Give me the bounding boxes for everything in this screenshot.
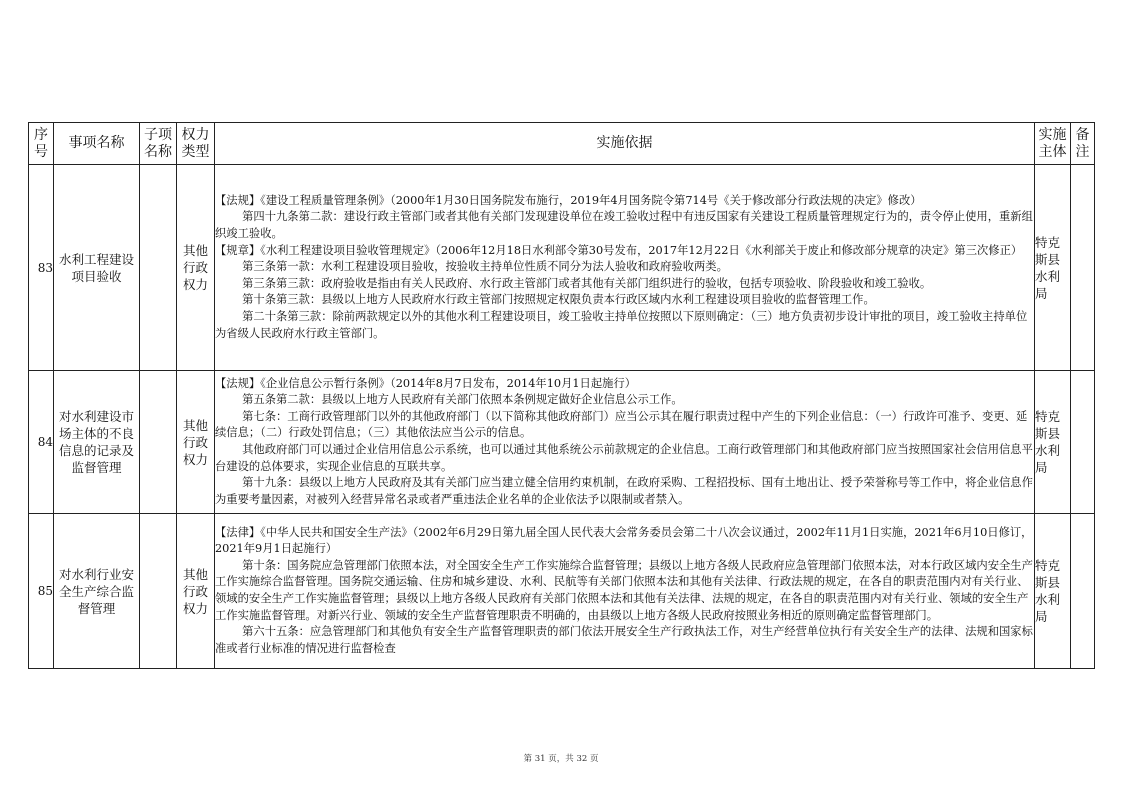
header-power-type: 权力类型 (177, 123, 215, 165)
row-remarks (1071, 514, 1095, 669)
header-basis: 实施依据 (215, 123, 1035, 165)
header-implementer: 实施主体 (1035, 123, 1071, 165)
power-list-table: 序号 事项名称 子项名称 权力类型 实施依据 实施主体 备注 83 水利工程建设… (28, 122, 1095, 669)
row-seq: 83 (29, 165, 54, 371)
row-implementer: 特克斯县水利局 (1035, 165, 1071, 371)
row-power-type: 其他行政权力 (177, 514, 215, 669)
basis-paragraph: 第五条第二款：县级以上地方人民政府有关部门依照本条例规定做好企业信息公示工作。 (215, 392, 1034, 409)
header-seq: 序号 (29, 123, 54, 165)
row-basis: 【法规】《建设工程质量管理条例》（2000年1月30日国务院发布施行，2019年… (215, 165, 1035, 371)
basis-paragraph: 第七条：工商行政管理部门以外的其他政府部门（以下简称其他政府部门）应当公示其在履… (215, 409, 1034, 442)
row-sub-item (140, 371, 177, 514)
row-power-type: 其他行政权力 (177, 165, 215, 371)
row-item-name: 对水利建设市场主体的不良信息的记录及监督管理 (54, 371, 140, 514)
basis-paragraph: 第四十九条第二款：建设行政主管部门或者其他有关部门发现建设单位在竣工验收过程中有… (215, 209, 1034, 242)
row-seq: 84 (29, 371, 54, 514)
row-implementer: 特克斯县水利局 (1035, 514, 1071, 669)
basis-paragraph: 其他政府部门可以通过企业信用信息公示系统，也可以通过其他系统公示前款规定的企业信… (215, 442, 1034, 475)
basis-paragraph: 第十条第三款：县级以上地方人民政府水行政主管部门按照规定权限负责本行政区域内水利… (215, 292, 1034, 309)
row-basis: 【法规】《企业信息公示暂行条例》（2014年8月7日发布，2014年10月1日起… (215, 371, 1035, 514)
basis-paragraph: 【法规】《建设工程质量管理条例》（2000年1月30日国务院发布施行，2019年… (215, 193, 1034, 210)
row-remarks (1071, 371, 1095, 514)
table-row: 84 对水利建设市场主体的不良信息的记录及监督管理 其他行政权力 【法规】《企业… (29, 371, 1095, 514)
row-basis: 【法律】《中华人民共和国安全生产法》（2002年6月29日第九届全国人民代表大会… (215, 514, 1035, 669)
basis-paragraph: 第三条第三款：政府验收是指由有关人民政府、水行政主管部门或者其他有关部门组织进行… (215, 276, 1034, 293)
basis-paragraph: 第十条：国务院应急管理部门依照本法，对全国安全生产工作实施综合监督管理；县级以上… (215, 558, 1034, 624)
header-row: 序号 事项名称 子项名称 权力类型 实施依据 实施主体 备注 (29, 123, 1095, 165)
basis-paragraph: 第六十五条：应急管理部门和其他负有安全生产监督管理职责的部门依法开展安全生产行政… (215, 624, 1034, 657)
row-seq: 85 (29, 514, 54, 669)
page-number: 第 31 页，共 32 页 (0, 752, 1122, 764)
table-row: 85 对水利行业安全生产综合监督管理 其他行政权力 【法律】《中华人民共和国安全… (29, 514, 1095, 669)
row-sub-item (140, 514, 177, 669)
row-implementer: 特克斯县水利局 (1035, 371, 1071, 514)
header-item-name: 事项名称 (54, 123, 140, 165)
row-sub-item (140, 165, 177, 371)
row-item-name: 水利工程建设项目验收 (54, 165, 140, 371)
header-sub-item: 子项名称 (140, 123, 177, 165)
basis-paragraph: 【法规】《企业信息公示暂行条例》（2014年8月7日发布，2014年10月1日起… (215, 376, 1034, 393)
basis-paragraph: 第三条第一款：水利工程建设项目验收，按验收主持单位性质不同分为法人验收和政府验收… (215, 259, 1034, 276)
basis-paragraph: 【规章】《水利工程建设项目验收管理规定》（2006年12月18日水利部令第30号… (215, 243, 1034, 260)
row-power-type: 其他行政权力 (177, 371, 215, 514)
basis-paragraph: 【法律】《中华人民共和国安全生产法》（2002年6月29日第九届全国人民代表大会… (215, 525, 1034, 558)
basis-paragraph: 第二十条第三款：除前两款规定以外的其他水利工程建设项目，竣工验收主持单位按照以下… (215, 309, 1034, 342)
table-row: 83 水利工程建设项目验收 其他行政权力 【法规】《建设工程质量管理条例》（20… (29, 165, 1095, 371)
row-item-name: 对水利行业安全生产综合监督管理 (54, 514, 140, 669)
basis-paragraph: 第十九条：县级以上地方人民政府及其有关部门应当建立健全信用约束机制，在政府采购、… (215, 475, 1034, 508)
row-remarks (1071, 165, 1095, 371)
header-remarks: 备注 (1071, 123, 1095, 165)
